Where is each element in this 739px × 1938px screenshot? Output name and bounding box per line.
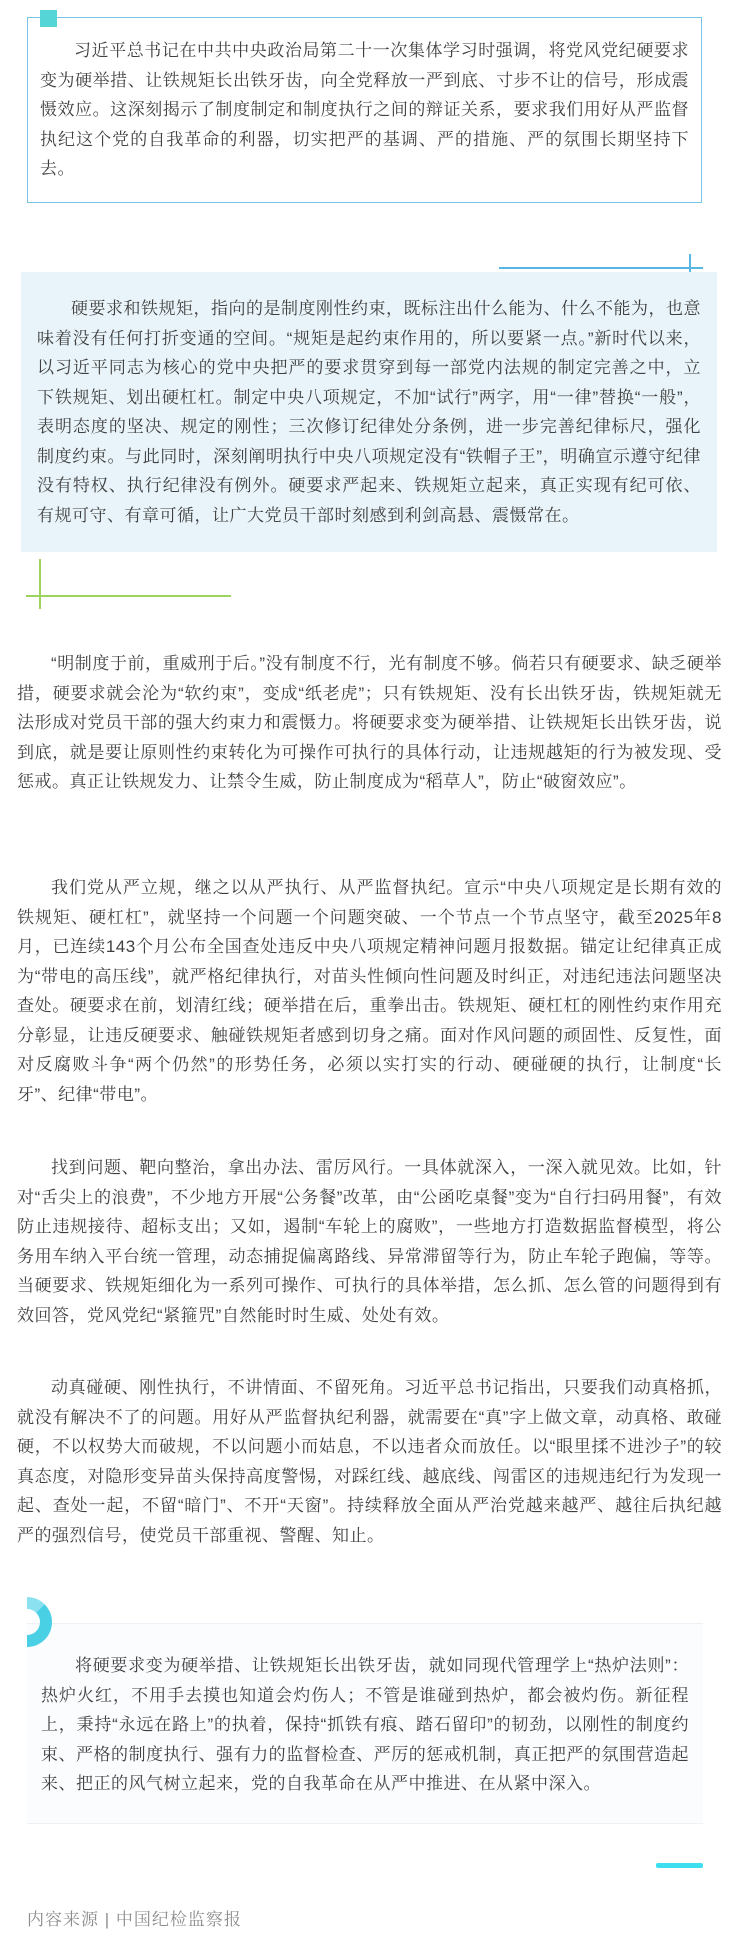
teal-square-icon (40, 10, 57, 27)
closing-quote-box: 将硬要求变为硬举措、让铁规矩长出铁牙齿，就如同现代管理学上“热炉法则”：热炉火红… (27, 1623, 703, 1824)
body-paragraph: 动真碰硬、刚性执行，不讲情面、不留死角。习近平总书记指出，只要我们动真格抓，就没… (17, 1373, 722, 1550)
crosshair-top-horizontal-line (499, 267, 703, 269)
crosshair-bottom-vertical-line (39, 559, 41, 609)
closing-quote-text: 将硬要求变为硬举措、让铁规矩长出铁牙齿，就如同现代管理学上“热炉法则”：热炉火红… (41, 1651, 689, 1799)
crosshair-bottom-horizontal-line (26, 595, 231, 597)
body-paragraph: 找到问题、靶向整治，拿出办法、雷厉风行。一具体就深入，一深入就见效。比如，针对“… (17, 1153, 722, 1330)
body-paragraph: 我们党从严立规，继之以从严执行、从严监督执纪。宣示“中央八项规定是长期有效的铁规… (17, 873, 722, 1109)
lead-quote-text: 习近平总书记在中共中央政治局第二十一次集体学习时强调，将党风党纪硬要求变为硬举措… (40, 36, 689, 184)
highlight-quote-box: 硬要求和铁规矩，指向的是制度刚性约束，既标注出什么能为、什么不能为，也意味着没有… (21, 272, 717, 552)
highlight-quote-text: 硬要求和铁规矩，指向的是制度刚性约束，既标注出什么能为、什么不能为，也意味着没有… (37, 294, 701, 530)
half-ring-icon (2, 1597, 52, 1647)
lead-quote-box: 习近平总书记在中共中央政治局第二十一次集体学习时强调，将党风党纪硬要求变为硬举措… (27, 17, 702, 203)
footer-source-label: 内容来源 | 中国纪检监察报 (27, 1910, 242, 1929)
cyan-accent-line (656, 1863, 703, 1868)
body-paragraph: “明制度于前，重威刑于后。”没有制度不行，光有制度不够。倘若只有硬要求、缺乏硬举… (17, 649, 722, 797)
article-page: 习近平总书记在中共中央政治局第二十一次集体学习时强调，将党风党纪硬要求变为硬举措… (0, 0, 739, 1938)
footer-source: 内容来源 | 中国纪检监察报 (27, 1905, 242, 1935)
